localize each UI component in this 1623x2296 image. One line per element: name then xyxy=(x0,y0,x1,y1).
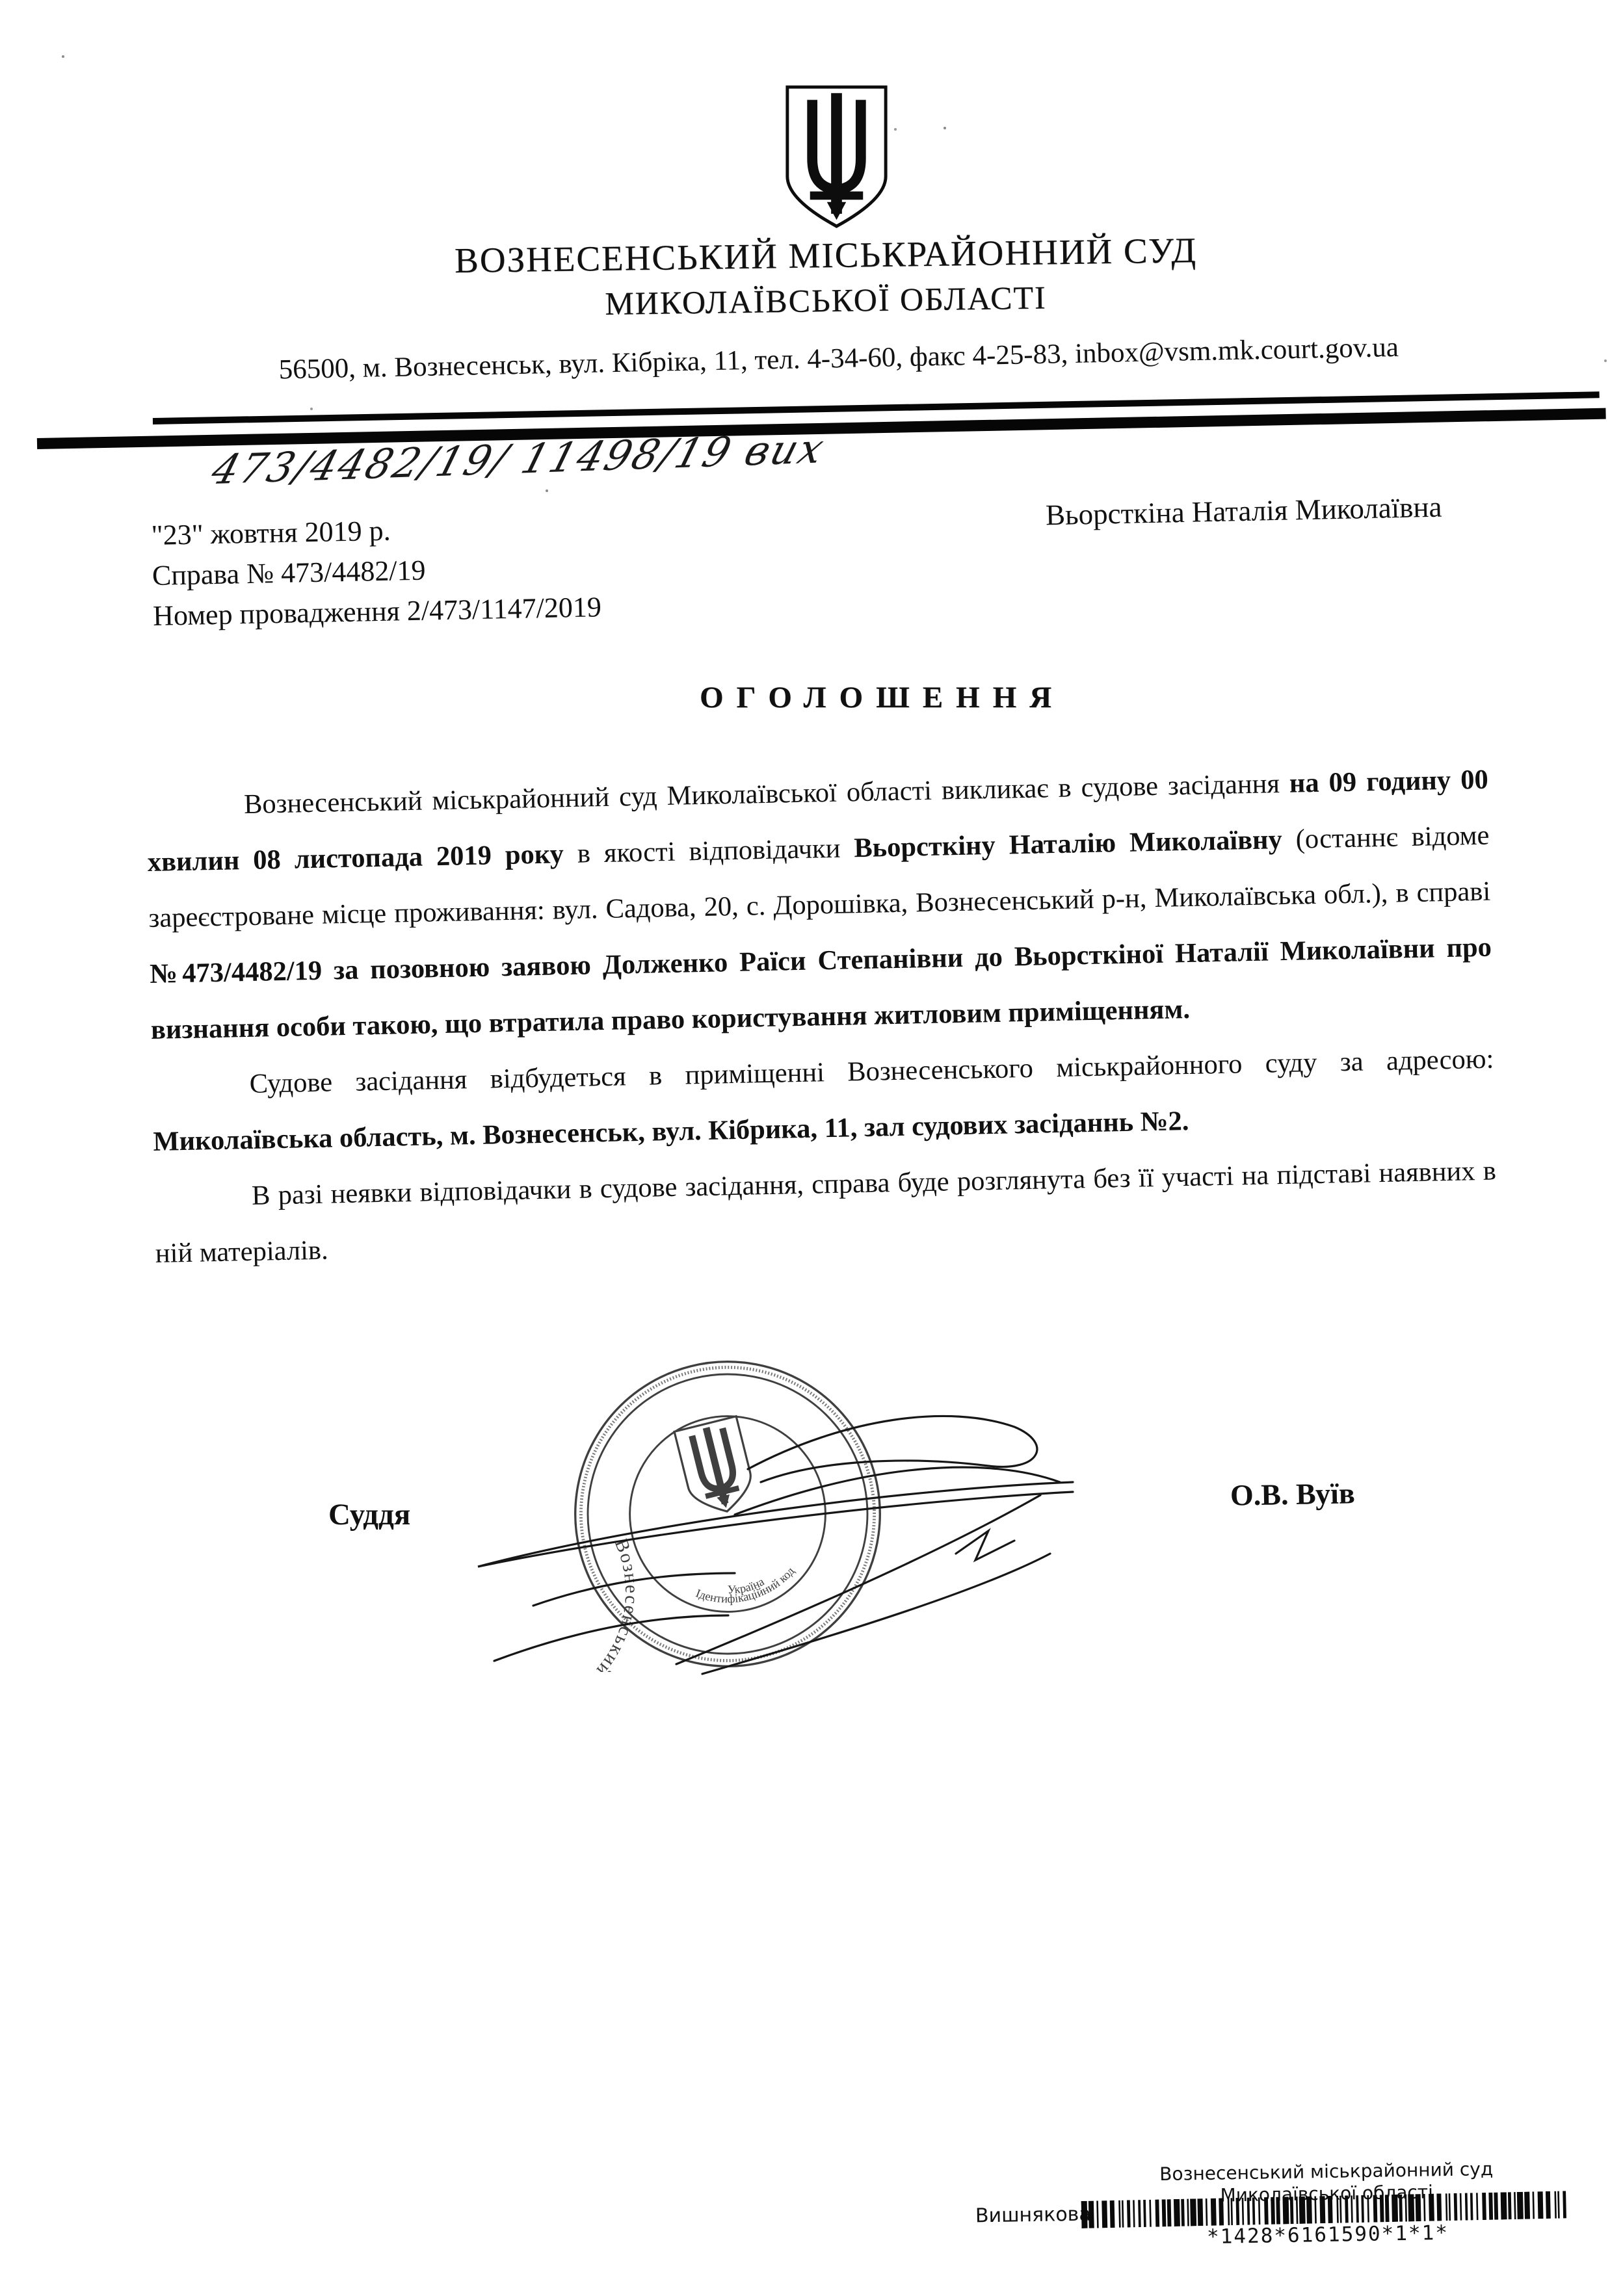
case-meta-block: "23" жовтня 2019 р. Справа № 473/4482/19… xyxy=(151,506,601,636)
judge-name: О.В. Вуїв xyxy=(1230,1476,1356,1512)
court-address-line: 56500, м. Вознесенськ, вул. Кібріка, 11,… xyxy=(65,327,1613,390)
announcement-paragraph-1: Вознесенський міськрайонний суд Миколаїв… xyxy=(146,752,1493,1058)
scan-noise-specks xyxy=(62,55,64,58)
announcement-title: ОГОЛОШЕННЯ xyxy=(700,680,1064,715)
ukraine-coat-of-arms-icon xyxy=(782,83,891,230)
judge-label: Суддя xyxy=(328,1497,410,1532)
addressee-name: Вьорсткіна Наталія Миколаївна xyxy=(1046,490,1442,532)
announcement-body: Вознесенський міськрайонний суд Миколаїв… xyxy=(146,752,1498,1282)
clerk-name: Вишнякова xyxy=(975,2203,1091,2228)
judge-signature-scribble xyxy=(455,1391,1105,1684)
scanned-court-document: ВОЗНЕСЕНСЬКИЙ МІСЬКРАЙОННИЙ СУД МИКОЛАЇВ… xyxy=(0,0,1623,2296)
proceeding-number-line: Номер провадження 2/473/1147/2019 xyxy=(153,587,602,636)
